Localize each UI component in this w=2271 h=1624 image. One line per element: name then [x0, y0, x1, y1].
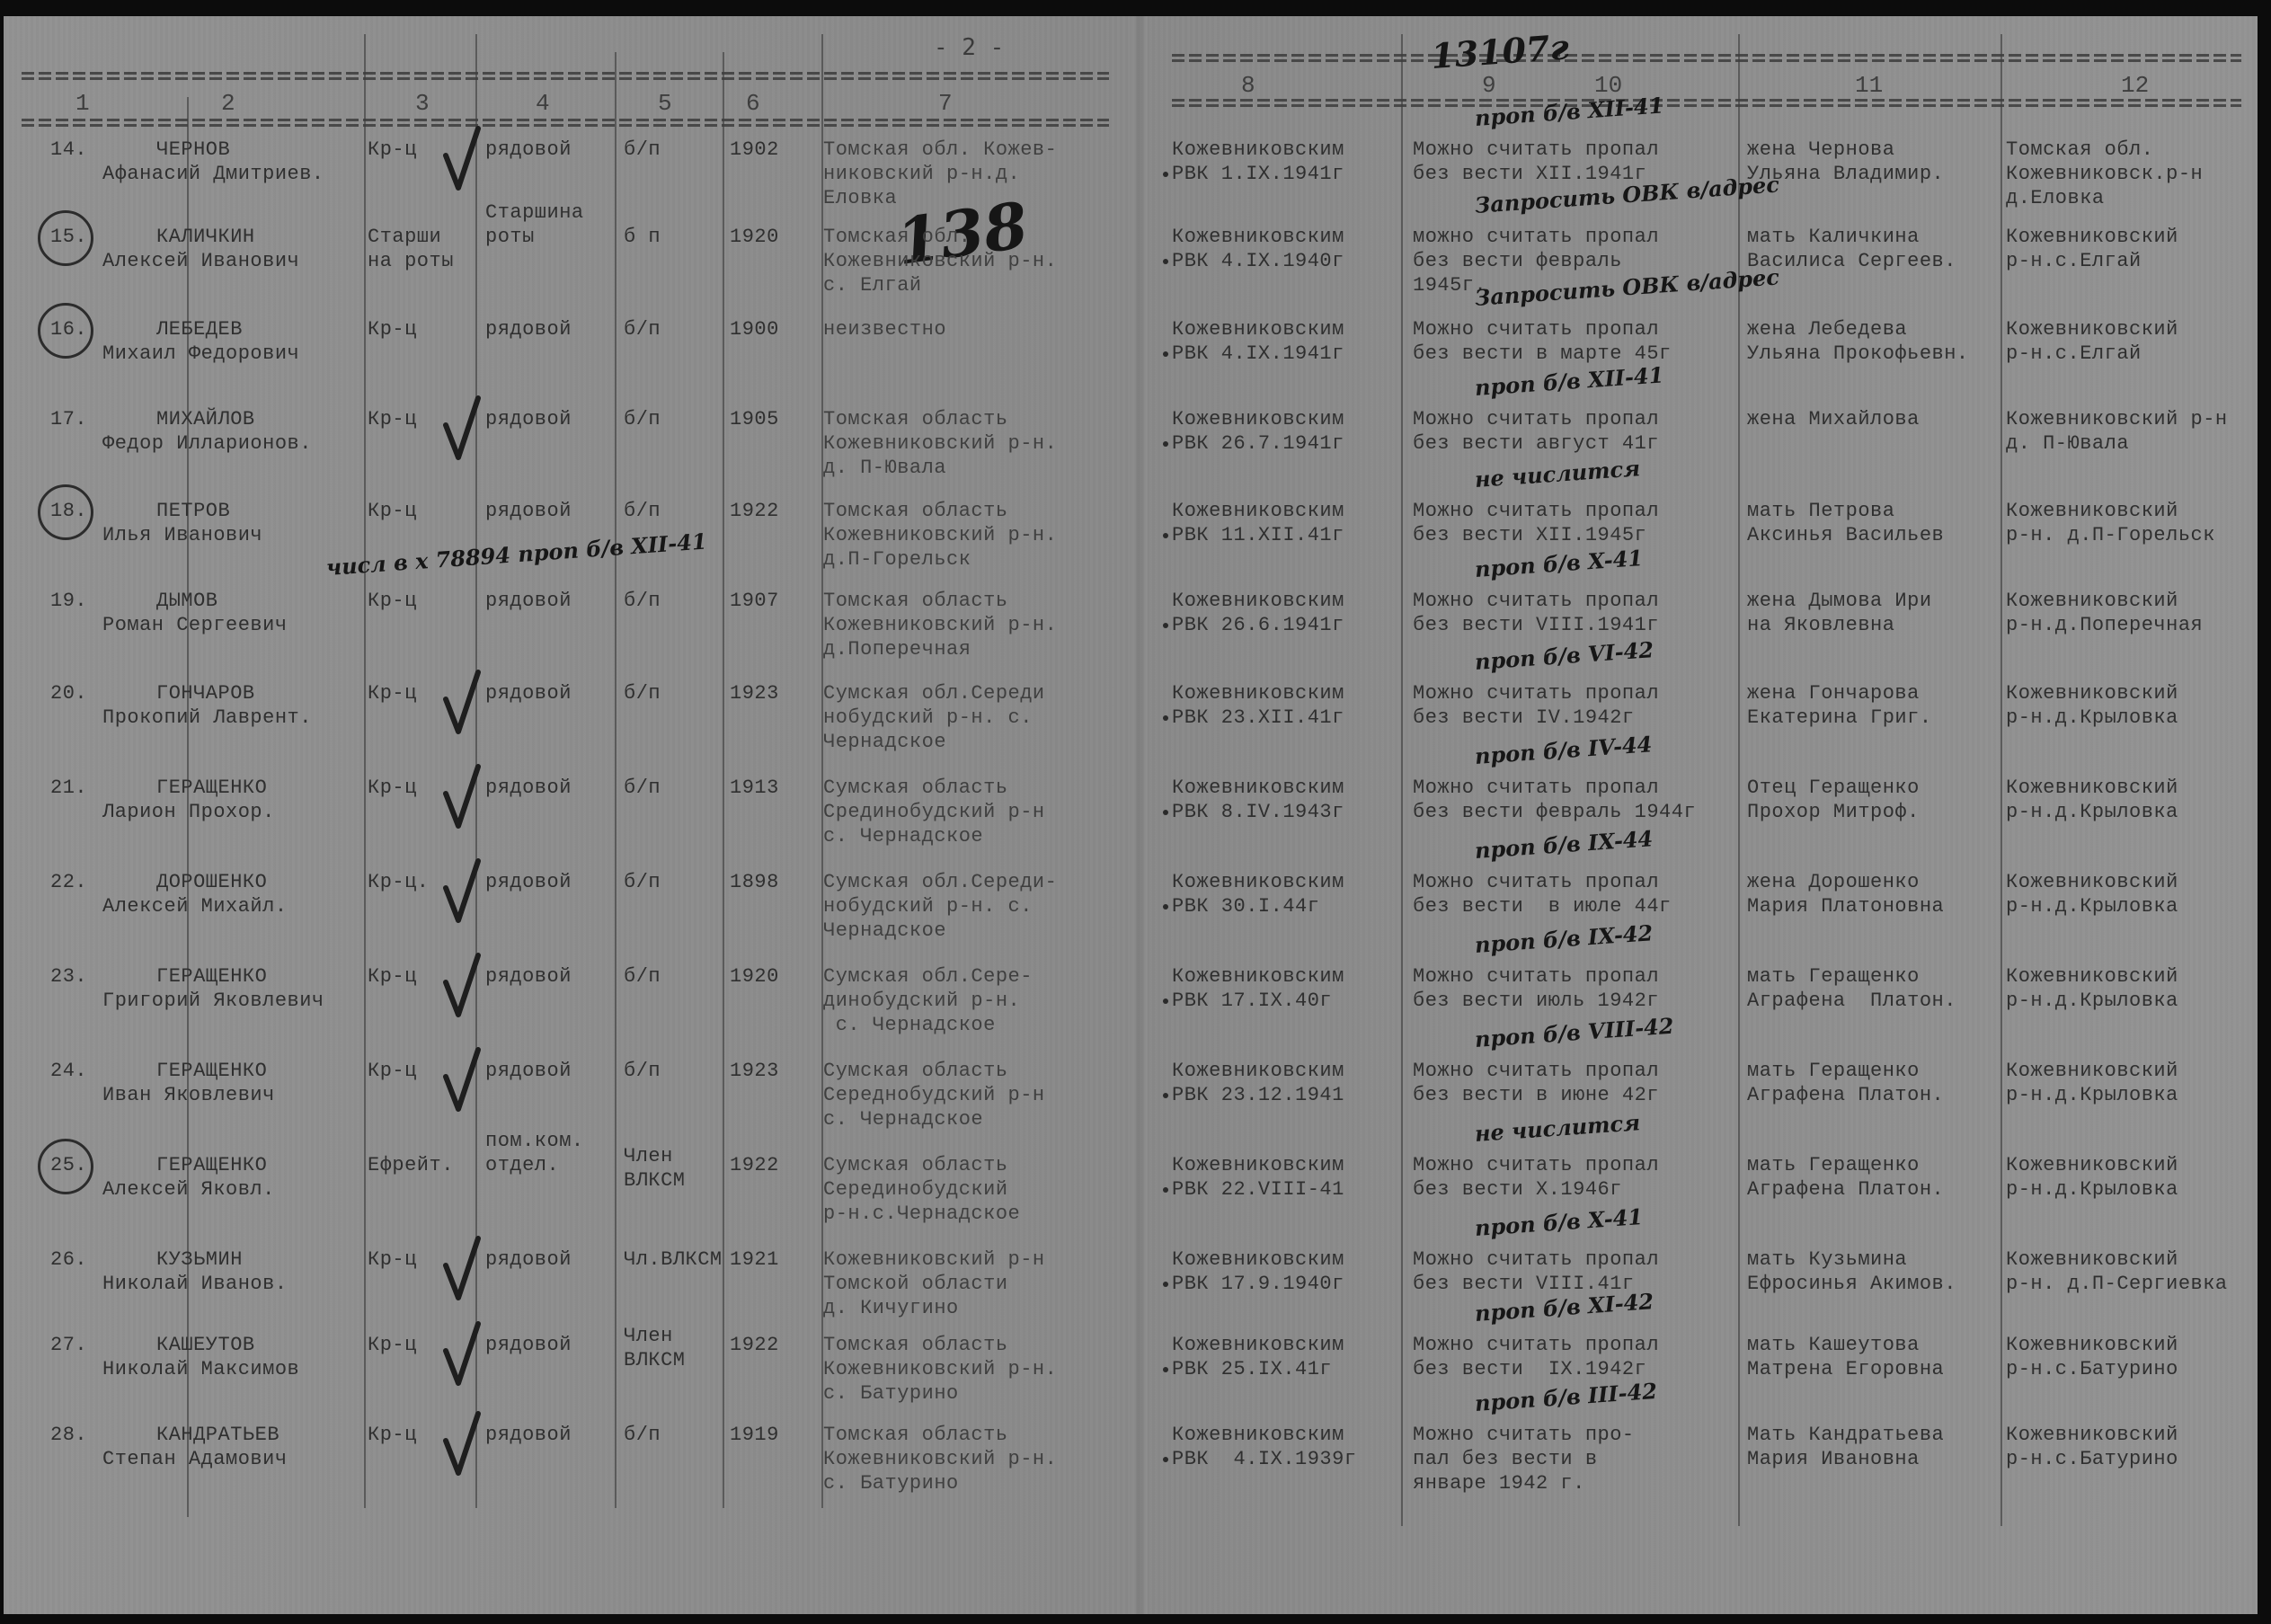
- handwritten-annotation: не числится: [1474, 1109, 1641, 1147]
- birthplace-line: р-н.с.Чернадское: [823, 1202, 1020, 1226]
- column-number-9: 9: [1482, 72, 1496, 99]
- relative-address-line: р-н.д.Поперечная: [2006, 613, 2203, 637]
- conscription-office-line: РВК 26.6.1941г: [1172, 613, 1344, 637]
- relative-address-line: Кожевниковск.р-н: [2006, 162, 2203, 186]
- conscription-office-line: РВК 4.IX.1939г: [1172, 1447, 1357, 1471]
- handwritten-annotation: проп б/в IV-44: [1474, 731, 1653, 769]
- bullet-dot: [1163, 623, 1168, 628]
- status-line: без вести в июле 44г: [1413, 894, 1672, 918]
- checkmark-icon: [444, 1238, 480, 1301]
- conscription-office-line: Кожевниковским: [1172, 1423, 1344, 1447]
- birthplace-line: д. П-Ювала: [823, 456, 946, 480]
- position: рядовой: [485, 589, 572, 613]
- circled-number-mark: [38, 303, 93, 359]
- birth-year: 1923: [730, 1059, 779, 1083]
- status-line: без вести X.1946г: [1413, 1177, 1622, 1202]
- relative-line: Мать Кандратьева: [1747, 1423, 1944, 1447]
- birth-year: 1898: [730, 870, 779, 894]
- relative-line: жена Дымова Ири: [1747, 589, 1932, 613]
- handwritten-annotation: проп б/в X-41: [1474, 545, 1644, 582]
- conscription-office-line: РВК 23.12.1941: [1172, 1083, 1344, 1107]
- birthplace-line: Кожевниковский р-н.: [823, 613, 1057, 637]
- relative-address-line: Кожевниковский: [2006, 870, 2178, 894]
- birthplace-line: Кожевниковский р-н.: [823, 431, 1057, 456]
- row-number: 19.: [50, 589, 87, 613]
- conscription-office-line: РВК 8.IV.1943г: [1172, 800, 1344, 824]
- status-line: можно считать пропал: [1413, 225, 1659, 249]
- relative-address-line: Кожевниковский: [2006, 1247, 2178, 1272]
- birthplace-line: Томской области: [823, 1272, 1008, 1296]
- position: пом.ком. отдел.: [485, 1129, 584, 1177]
- conscription-office-line: РВК 4.IX.1940г: [1172, 249, 1344, 273]
- column-divider: [615, 52, 617, 1508]
- position: рядовой: [485, 964, 572, 989]
- header-rule: [22, 124, 1109, 127]
- rank: Кр-ц: [368, 317, 417, 342]
- status-line: без вести февраль 1944г: [1413, 800, 1696, 824]
- position: рядовой: [485, 1423, 572, 1447]
- row-number: 26.: [50, 1247, 87, 1272]
- status-line: Можно считать пропал: [1413, 499, 1659, 523]
- given-name: Иван Яковлевич: [102, 1083, 275, 1107]
- surname: ГЕРАЩЕНКО: [156, 776, 267, 800]
- birth-year: 1923: [730, 681, 779, 706]
- checkmark-icon: [444, 129, 480, 191]
- relative-address-line: р-н.с.Батурино: [2006, 1357, 2178, 1381]
- birthplace-line: д.Поперечная: [823, 637, 971, 661]
- birthplace-line: с. Елгай: [823, 273, 922, 297]
- position: рядовой: [485, 407, 572, 431]
- relative-line: Ефросинья Акимов.: [1747, 1272, 1956, 1296]
- position: рядовой: [485, 870, 572, 894]
- status-line: без вести июль 1942г: [1413, 989, 1659, 1013]
- row-number: 23.: [50, 964, 87, 989]
- column-divider: [2000, 34, 2002, 1526]
- birth-year: 1902: [730, 138, 779, 162]
- row-number: 24.: [50, 1059, 87, 1083]
- birth-year: 1921: [730, 1247, 779, 1272]
- surname: ГЕРАЩЕНКО: [156, 1059, 267, 1083]
- conscription-office-line: РВК 23.XII.41г: [1172, 706, 1344, 730]
- relative-address-line: р-н.д.Крыловка: [2006, 1083, 2178, 1107]
- party-membership: б/п: [624, 589, 661, 613]
- surname: КАНДРАТЬЕВ: [156, 1423, 279, 1447]
- party-membership: б/п: [624, 1059, 661, 1083]
- relative-line: жена Михайлова: [1747, 407, 1920, 431]
- surname: ДОРОШЕНКО: [156, 870, 267, 894]
- birthplace-line: с. Чернадское: [823, 1013, 996, 1037]
- rank: Кр-ц: [368, 138, 417, 162]
- status-line: Можно считать пропал: [1413, 138, 1659, 162]
- status-line: январе 1942 г.: [1413, 1471, 1585, 1495]
- conscription-office-line: Кожевниковским: [1172, 1059, 1344, 1083]
- birthplace-line: Кожевниковский р-н.: [823, 249, 1057, 273]
- column-divider: [1738, 34, 1740, 1526]
- relative-line: на Яковлевна: [1747, 613, 1894, 637]
- bullet-dot: [1163, 259, 1168, 264]
- birthplace-line: д.П-Горельск: [823, 547, 971, 572]
- conscription-office-line: Кожевниковским: [1172, 225, 1344, 249]
- relative-line: Ульяна Прокофьевн.: [1747, 342, 1969, 366]
- column-number-5: 5: [658, 90, 672, 117]
- surname: ГЕРАЩЕНКО: [156, 1153, 267, 1177]
- relative-line: мать Каличкина: [1747, 225, 1920, 249]
- birth-year: 1907: [730, 589, 779, 613]
- relative-address-line: Кожевниковский: [2006, 225, 2178, 249]
- status-line: без вести IX.1942г: [1413, 1357, 1646, 1381]
- rank: Старши на роты: [368, 225, 454, 273]
- birthplace-line: с. Чернадское: [823, 824, 983, 848]
- relative-address-line: р-н.д.Крыловка: [2006, 706, 2178, 730]
- handwritten-annotation: проп б/в VI-42: [1474, 636, 1654, 675]
- given-name: Алексей Михайл.: [102, 894, 288, 918]
- status-line: Можно считать пропал: [1413, 870, 1659, 894]
- position: рядовой: [485, 681, 572, 706]
- bullet-dot: [1163, 441, 1168, 447]
- relative-address-line: р-н.с.Елгай: [2006, 342, 2142, 366]
- row-number: 20.: [50, 681, 87, 706]
- birthplace-line: Сумская область: [823, 1059, 1008, 1083]
- status-line: без вести VIII.1941г: [1413, 613, 1659, 637]
- birthplace-line: с. Батурино: [823, 1471, 959, 1495]
- rank: Кр-ц: [368, 1059, 417, 1083]
- column-number-12: 12: [2121, 72, 2149, 99]
- relative-line: жена Дорошенко: [1747, 870, 1920, 894]
- conscription-office-line: Кожевниковским: [1172, 870, 1344, 894]
- relative-line: Мария Платоновна: [1747, 894, 1944, 918]
- header-rule: [1172, 59, 2241, 62]
- conscription-office-line: РВК 4.IX.1941г: [1172, 342, 1344, 366]
- relative-line: Матрена Егоровна: [1747, 1357, 1944, 1381]
- bullet-dot: [1163, 1093, 1168, 1098]
- relative-address-line: р-н. д.П-Горельск: [2006, 523, 2215, 547]
- status-line: без вести август 41г: [1413, 431, 1659, 456]
- conscription-office-line: РВК 11.XII.41г: [1172, 523, 1344, 547]
- handwritten-margin-note: числ в х 78894 проп б/в XII-41: [325, 528, 707, 581]
- party-membership: Член ВЛКСМ: [624, 1144, 686, 1193]
- surname: ГОНЧАРОВ: [156, 681, 255, 706]
- birthplace-line: д. Кичугино: [823, 1296, 959, 1320]
- checkmark-icon: [444, 955, 480, 1018]
- rank: Кр-ц: [368, 407, 417, 431]
- given-name: Прокопий Лаврент.: [102, 706, 312, 730]
- relative-line: Отец Геращенко: [1747, 776, 1920, 800]
- birthplace-line: Кожевниковский р-н.: [823, 523, 1057, 547]
- conscription-office-line: РВК 17.IX.40г: [1172, 989, 1332, 1013]
- relative-address-line: Кожевниковский: [2006, 776, 2178, 800]
- conscription-office-line: Кожевниковским: [1172, 1153, 1344, 1177]
- handwritten-annotation: проп б/в IX-42: [1474, 919, 1654, 958]
- handwritten-annotation: проп б/в XII-41: [1474, 361, 1664, 401]
- relative-line: Аксинья Васильев: [1747, 523, 1944, 547]
- rank: Кр-ц: [368, 1423, 417, 1447]
- given-name: Илья Иванович: [102, 523, 262, 547]
- party-membership: б/п: [624, 407, 661, 431]
- bullet-dot: [1163, 904, 1168, 910]
- relative-line: Екатерина Григ.: [1747, 706, 1932, 730]
- birth-year: 1919: [730, 1423, 779, 1447]
- relative-address-line: р-н.д.Крыловка: [2006, 1177, 2178, 1202]
- relative-address-line: р-н.д.Крыловка: [2006, 989, 2178, 1013]
- party-membership: б/п: [624, 964, 661, 989]
- relative-address-line: р-н.с.Елгай: [2006, 249, 2142, 273]
- status-line: Можно считать про-: [1413, 1423, 1635, 1447]
- status-line: Можно считать пропал: [1413, 317, 1659, 342]
- birth-year: 1913: [730, 776, 779, 800]
- column-number-1: 1: [75, 90, 90, 117]
- rank: Кр-ц: [368, 681, 417, 706]
- birthplace-line: Середнобудский р-н: [823, 1083, 1045, 1107]
- page-fold: [1131, 16, 1148, 1614]
- conscription-office-line: Кожевниковским: [1172, 407, 1344, 431]
- birthplace-line: Сумская обл.Сере-: [823, 964, 1033, 989]
- page-number: - 2 -: [934, 34, 1004, 61]
- status-line: без вести в марте 45г: [1413, 342, 1672, 366]
- bullet-dot: [1163, 1187, 1168, 1193]
- bullet-dot: [1163, 1282, 1168, 1287]
- position: рядовой: [485, 138, 572, 162]
- status-line: Можно считать пропал: [1413, 589, 1659, 613]
- column-number-4: 4: [536, 90, 550, 117]
- conscription-office-line: Кожевниковским: [1172, 1333, 1344, 1357]
- checkmark-icon: [444, 398, 480, 461]
- given-name: Афанасий Дмитриев.: [102, 162, 324, 186]
- birthplace-line: нобудский р-н. с.: [823, 706, 1033, 730]
- position: Старшина роты: [485, 200, 584, 249]
- surname: ЛЕБЕДЕВ: [156, 317, 243, 342]
- birthplace-line: Томская область: [823, 1423, 1008, 1447]
- birth-year: 1920: [730, 964, 779, 989]
- birthplace-line: Серединобудский: [823, 1177, 1008, 1202]
- birthplace-line: с. Чернадское: [823, 1107, 983, 1131]
- birthplace-line: Кожевниковский р-н.: [823, 1357, 1057, 1381]
- party-membership: б/п: [624, 138, 661, 162]
- position: рядовой: [485, 1333, 572, 1357]
- relative-address-line: Кожевниковский: [2006, 1059, 2178, 1083]
- bullet-dot: [1163, 715, 1168, 721]
- given-name: Николай Иванов.: [102, 1272, 288, 1296]
- checkmark-icon: [444, 1324, 480, 1387]
- party-membership: б п: [624, 225, 661, 249]
- relative-address-line: Кожевниковский: [2006, 1423, 2178, 1447]
- given-name: Федор Илларионов.: [102, 431, 312, 456]
- conscription-office-line: Кожевниковским: [1172, 681, 1344, 706]
- party-membership: б/п: [624, 317, 661, 342]
- status-line: Можно считать пропал: [1413, 1333, 1659, 1357]
- relative-line: Прохор Митроф.: [1747, 800, 1920, 824]
- relative-address-line: Кожевниковский: [2006, 589, 2178, 613]
- birthplace-line: Кожевниковский р-н.: [823, 1447, 1057, 1471]
- given-name: Михаил Федорович: [102, 342, 299, 366]
- column-number-11: 11: [1855, 72, 1883, 99]
- bullet-dot: [1163, 810, 1168, 815]
- relative-line: мать Петрова: [1747, 499, 1894, 523]
- column-number-3: 3: [415, 90, 430, 117]
- relative-address-line: Томская обл.: [2006, 138, 2153, 162]
- column-divider: [364, 34, 366, 1508]
- status-line: Можно считать пропал: [1413, 1247, 1659, 1272]
- circled-number-mark: [38, 210, 93, 266]
- birthplace-line: Томская область: [823, 407, 1008, 431]
- birthplace-line: никовский р-н.д.: [823, 162, 1020, 186]
- bullet-dot: [1163, 998, 1168, 1004]
- birth-year: 1922: [730, 1153, 779, 1177]
- birth-year: 1920: [730, 225, 779, 249]
- rank: Кр-ц: [368, 776, 417, 800]
- party-membership: б/п: [624, 870, 661, 894]
- checkmark-icon: [444, 1414, 480, 1477]
- rank: Кр-ц: [368, 589, 417, 613]
- rank: Кр-ц.: [368, 870, 430, 894]
- birthplace-line: Томская область: [823, 1333, 1008, 1357]
- birthplace-line: Сумская область: [823, 1153, 1008, 1177]
- birthplace-line: Томская обл.: [823, 225, 971, 249]
- status-line: пал без вести в: [1413, 1447, 1598, 1471]
- handwritten-annotation: не числится: [1474, 455, 1641, 493]
- relative-line: Аграфена Платон.: [1747, 989, 1956, 1013]
- bullet-dot: [1163, 1457, 1168, 1462]
- status-line: Можно считать пропал: [1413, 964, 1659, 989]
- given-name: Роман Сергеевич: [102, 613, 288, 637]
- given-name: Алексей Яковл.: [102, 1177, 275, 1202]
- birthplace-line: неизвестно: [823, 317, 946, 342]
- birthplace-line: с. Батурино: [823, 1381, 959, 1406]
- status-line: Можно считать пропал: [1413, 681, 1659, 706]
- column-number-6: 6: [746, 90, 760, 117]
- surname: КАЛИЧКИН: [156, 225, 255, 249]
- relative-line: мать Кашеутова: [1747, 1333, 1920, 1357]
- given-name: Николай Максимов: [102, 1357, 299, 1381]
- conscription-office-line: РВК 25.IX.41г: [1172, 1357, 1332, 1381]
- rank: Кр-ц: [368, 1247, 417, 1272]
- relative-line: Мария Ивановна: [1747, 1447, 1920, 1471]
- relative-line: мать Геращенко: [1747, 964, 1920, 989]
- conscription-office-line: Кожевниковским: [1172, 589, 1344, 613]
- relative-address-line: Кожевниковский: [2006, 499, 2178, 523]
- birth-year: 1922: [730, 1333, 779, 1357]
- party-membership: Чл.ВЛКСМ: [624, 1247, 723, 1272]
- relative-address-line: р-н.с.Батурино: [2006, 1447, 2178, 1471]
- relative-address-line: Кожевниковский р-н: [2006, 407, 2228, 431]
- relative-address-line: р-н.д.Крыловка: [2006, 894, 2178, 918]
- relative-line: мать Геращенко: [1747, 1153, 1920, 1177]
- surname: ДЫМОВ: [156, 589, 218, 613]
- header-rule: [22, 77, 1109, 80]
- status-line: Можно считать пропал: [1413, 776, 1659, 800]
- conscription-office-line: Кожевниковским: [1172, 138, 1344, 162]
- row-number: 22.: [50, 870, 87, 894]
- party-membership: Член ВЛКСМ: [624, 1324, 686, 1372]
- bullet-dot: [1163, 533, 1168, 538]
- surname: ЧЕРНОВ: [156, 138, 230, 162]
- birth-year: 1900: [730, 317, 779, 342]
- conscription-office-line: РВК 1.IX.1941г: [1172, 162, 1344, 186]
- checkmark-icon: [444, 861, 480, 924]
- handwritten-annotation: проп б/в IX-44: [1474, 825, 1654, 864]
- circled-number-mark: [38, 1139, 93, 1194]
- conscription-office-line: Кожевниковским: [1172, 776, 1344, 800]
- relative-line: мать Геращенко: [1747, 1059, 1920, 1083]
- header-rule: [1172, 54, 2241, 57]
- relative-address-line: Кожевниковский: [2006, 317, 2178, 342]
- birthplace-line: Еловка: [823, 186, 897, 210]
- relative-line: мать Кузьмина: [1747, 1247, 1907, 1272]
- status-line: Можно считать пропал: [1413, 1059, 1659, 1083]
- relative-address-line: р-н.д.Крыловка: [2006, 800, 2178, 824]
- birthplace-line: Сумская область: [823, 776, 1008, 800]
- rank: Ефрейт.: [368, 1153, 454, 1177]
- relative-address-line: Кожевниковский: [2006, 1333, 2178, 1357]
- position: рядовой: [485, 776, 572, 800]
- status-line: Можно считать пропал: [1413, 1153, 1659, 1177]
- header-rule: [1172, 99, 2241, 102]
- conscription-office-line: РВК 26.7.1941г: [1172, 431, 1344, 456]
- given-name: Григорий Яковлевич: [102, 989, 324, 1013]
- party-membership: б/п: [624, 681, 661, 706]
- row-number: 17.: [50, 407, 87, 431]
- column-number-8: 8: [1241, 72, 1255, 99]
- birthplace-line: Срединобудский р-н: [823, 800, 1045, 824]
- surname: ПЕТРОВ: [156, 499, 230, 523]
- conscription-office-line: РВК 22.VIII-41: [1172, 1177, 1344, 1202]
- conscription-office-line: Кожевниковским: [1172, 964, 1344, 989]
- relative-address-line: Кожевниковский: [2006, 964, 2178, 989]
- checkmark-icon: [444, 672, 480, 735]
- handwritten-annotation: проп б/в III-42: [1474, 1378, 1658, 1416]
- birthplace-line: Чернадское: [823, 730, 946, 754]
- surname: КАШЕУТОВ: [156, 1333, 255, 1357]
- row-number: 21.: [50, 776, 87, 800]
- conscription-office-line: Кожевниковским: [1172, 317, 1344, 342]
- position: рядовой: [485, 317, 572, 342]
- position: рядовой: [485, 1059, 572, 1083]
- conscription-office-line: Кожевниковским: [1172, 499, 1344, 523]
- header-rule: [22, 119, 1109, 121]
- party-membership: б/п: [624, 499, 661, 523]
- relative-address-line: Кожевниковский: [2006, 681, 2178, 706]
- status-line: без вести в июне 42г: [1413, 1083, 1659, 1107]
- given-name: Алексей Иванович: [102, 249, 299, 273]
- handwritten-annotation: проп б/в VIII-42: [1474, 1013, 1674, 1052]
- status-line: без вести XII.1945г: [1413, 523, 1646, 547]
- conscription-office-line: Кожевниковским: [1172, 1247, 1344, 1272]
- birth-year: 1905: [730, 407, 779, 431]
- rank: Кр-ц: [368, 964, 417, 989]
- relative-line: жена Чернова: [1747, 138, 1894, 162]
- document-sheet: - 2 - 13107г 1 2 3 4 5 6 7 8 9 10 11 12 …: [4, 16, 2258, 1614]
- birthplace-line: Томская область: [823, 589, 1008, 613]
- relative-line: жена Гончарова: [1747, 681, 1920, 706]
- conscription-office-line: РВК 17.9.1940г: [1172, 1272, 1344, 1296]
- handwritten-annotation: проп б/в XII-41: [1474, 92, 1664, 131]
- birthplace-line: динобудский р-н.: [823, 989, 1020, 1013]
- status-line: без вести февраль: [1413, 249, 1622, 273]
- rank: Кр-ц: [368, 499, 417, 523]
- birthplace-line: Томская обл. Кожев-: [823, 138, 1057, 162]
- birthplace-line: Сумская обл.Середи: [823, 681, 1045, 706]
- row-number: 28.: [50, 1423, 87, 1447]
- relative-address-line: Кожевниковский: [2006, 1153, 2178, 1177]
- position: рядовой: [485, 499, 572, 523]
- birthplace-line: нобудский р-н. с.: [823, 894, 1033, 918]
- header-rule: [1172, 104, 2241, 107]
- column-number-7: 7: [938, 90, 953, 117]
- bullet-dot: [1163, 351, 1168, 357]
- relative-address-line: д.Еловка: [2006, 186, 2105, 210]
- surname: ГЕРАЩЕНКО: [156, 964, 267, 989]
- birth-year: 1922: [730, 499, 779, 523]
- handwritten-annotation: проп б/в X-41: [1474, 1203, 1644, 1241]
